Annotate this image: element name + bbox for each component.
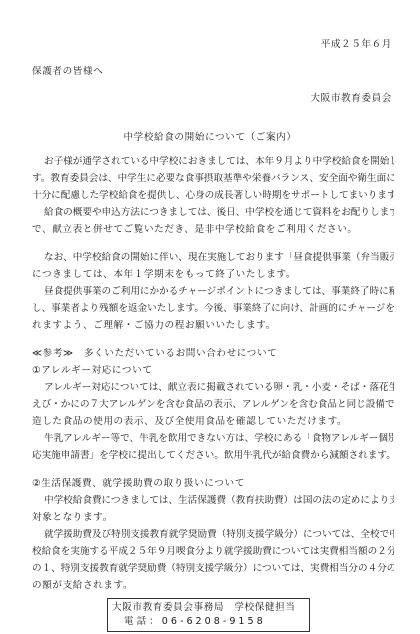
paragraph-line: 給食の概要や申込方法につきましては、後日、中学校を通じて資料をお配りしますの — [44, 207, 394, 219]
paragraph-line: アレルギー対応については、献立表に掲載されている卵・乳・小麦・そば・落花生・ — [44, 382, 394, 394]
reference-heading: ≪参考≫ 多くいただいているお問い合わせについて — [32, 348, 394, 360]
paragraph-line: 中学校給食費につきましては、生活保護費（教育扶助費）は国の法の定めにより支給 — [44, 495, 394, 507]
paragraph-line: お子様が通学されている中学校におきましては、本年９月より中学校給食を開始しま — [44, 156, 394, 168]
page-title: 中学校給食の開始について（ご案内） — [0, 132, 420, 144]
paragraph-line: 昼食提供事業のご利用にかかるチャージポイントにつきましては、事業終了時に精算 — [44, 286, 394, 298]
paragraph-line: 校給食を実施する平成２５年９月喫食分より就学援助費については実費相当額の２分 — [32, 546, 394, 558]
paragraph-line: で、献立表と併せてご覧いただき、是非中学校給食をご利用ください。 — [32, 224, 394, 236]
paragraph-line: えび・かにの７大アレルゲンを含む食品の表示、アレルゲンを含む食品と同じ設備で製 — [32, 399, 394, 411]
paragraph-line: し、事業者より残額を返金いたします。今後、事業終了に向け、計画的にチャージをさ — [32, 303, 394, 315]
paragraph-line: の額が支給されます。 — [32, 580, 394, 592]
contact-box: 大阪市教育委員会事務局 学校保健担当 電話：06-6208-9158 — [107, 598, 310, 632]
section-heading-welfare: ②生活保護費、就学援助費の取り扱いについて — [32, 478, 394, 490]
paragraph-line: 応実施申請書」を学校に提出してください。飲用牛乳代が給食費から減額されます。 — [32, 450, 394, 462]
paragraph-line: なお、中学校給食の開始に伴い、現在実施しております「昼食提供事業（弁当販売）」 — [44, 252, 394, 264]
paragraph-line: 対象となります。 — [32, 512, 394, 524]
contact-phone: 電話：06-6208-9158 — [112, 615, 305, 629]
paragraph-line: 造した食品の使用の表示、及び全使用食品を確認していただけます。 — [32, 416, 394, 428]
sender: 大阪市教育委員会 — [310, 93, 392, 105]
contact-office: 大阪市教育委員会事務局 学校保健担当 — [112, 601, 305, 615]
section-heading-allergy: ①アレルギー対応について — [32, 365, 394, 377]
addressee: 保護者の皆様へ — [32, 66, 394, 78]
paragraph-line: れますよう、ご理解・ご協力の程お願いいたします。 — [32, 320, 394, 332]
paragraph-line: につきましては、本年１学期末をもって終了いたします。 — [32, 269, 394, 281]
issue-date: 平成２５年６月 — [321, 39, 392, 51]
paragraph-line: す。教育委員会は、中学生に必要な食事摂取基準や栄養バランス、安全面や衛生面にも — [32, 173, 394, 185]
paragraph-line: の１、特別支援教育就学奨励費（特別支援学級分）については、実費相当分の４分の１ — [32, 563, 394, 575]
paragraph-line: 十分に配慮した学校給食を提供し、心身の成長著しい時期をサポートしてまいります。 — [32, 190, 394, 202]
paragraph-line: 就学援助費及び特別支援教育就学奨励費（特別支援学級分）については、全校で中学 — [44, 529, 394, 541]
paragraph-line: 牛乳アレルギー等で、牛乳を飲用できない方は、学校にある「食物アレルギー個別対 — [44, 433, 394, 445]
